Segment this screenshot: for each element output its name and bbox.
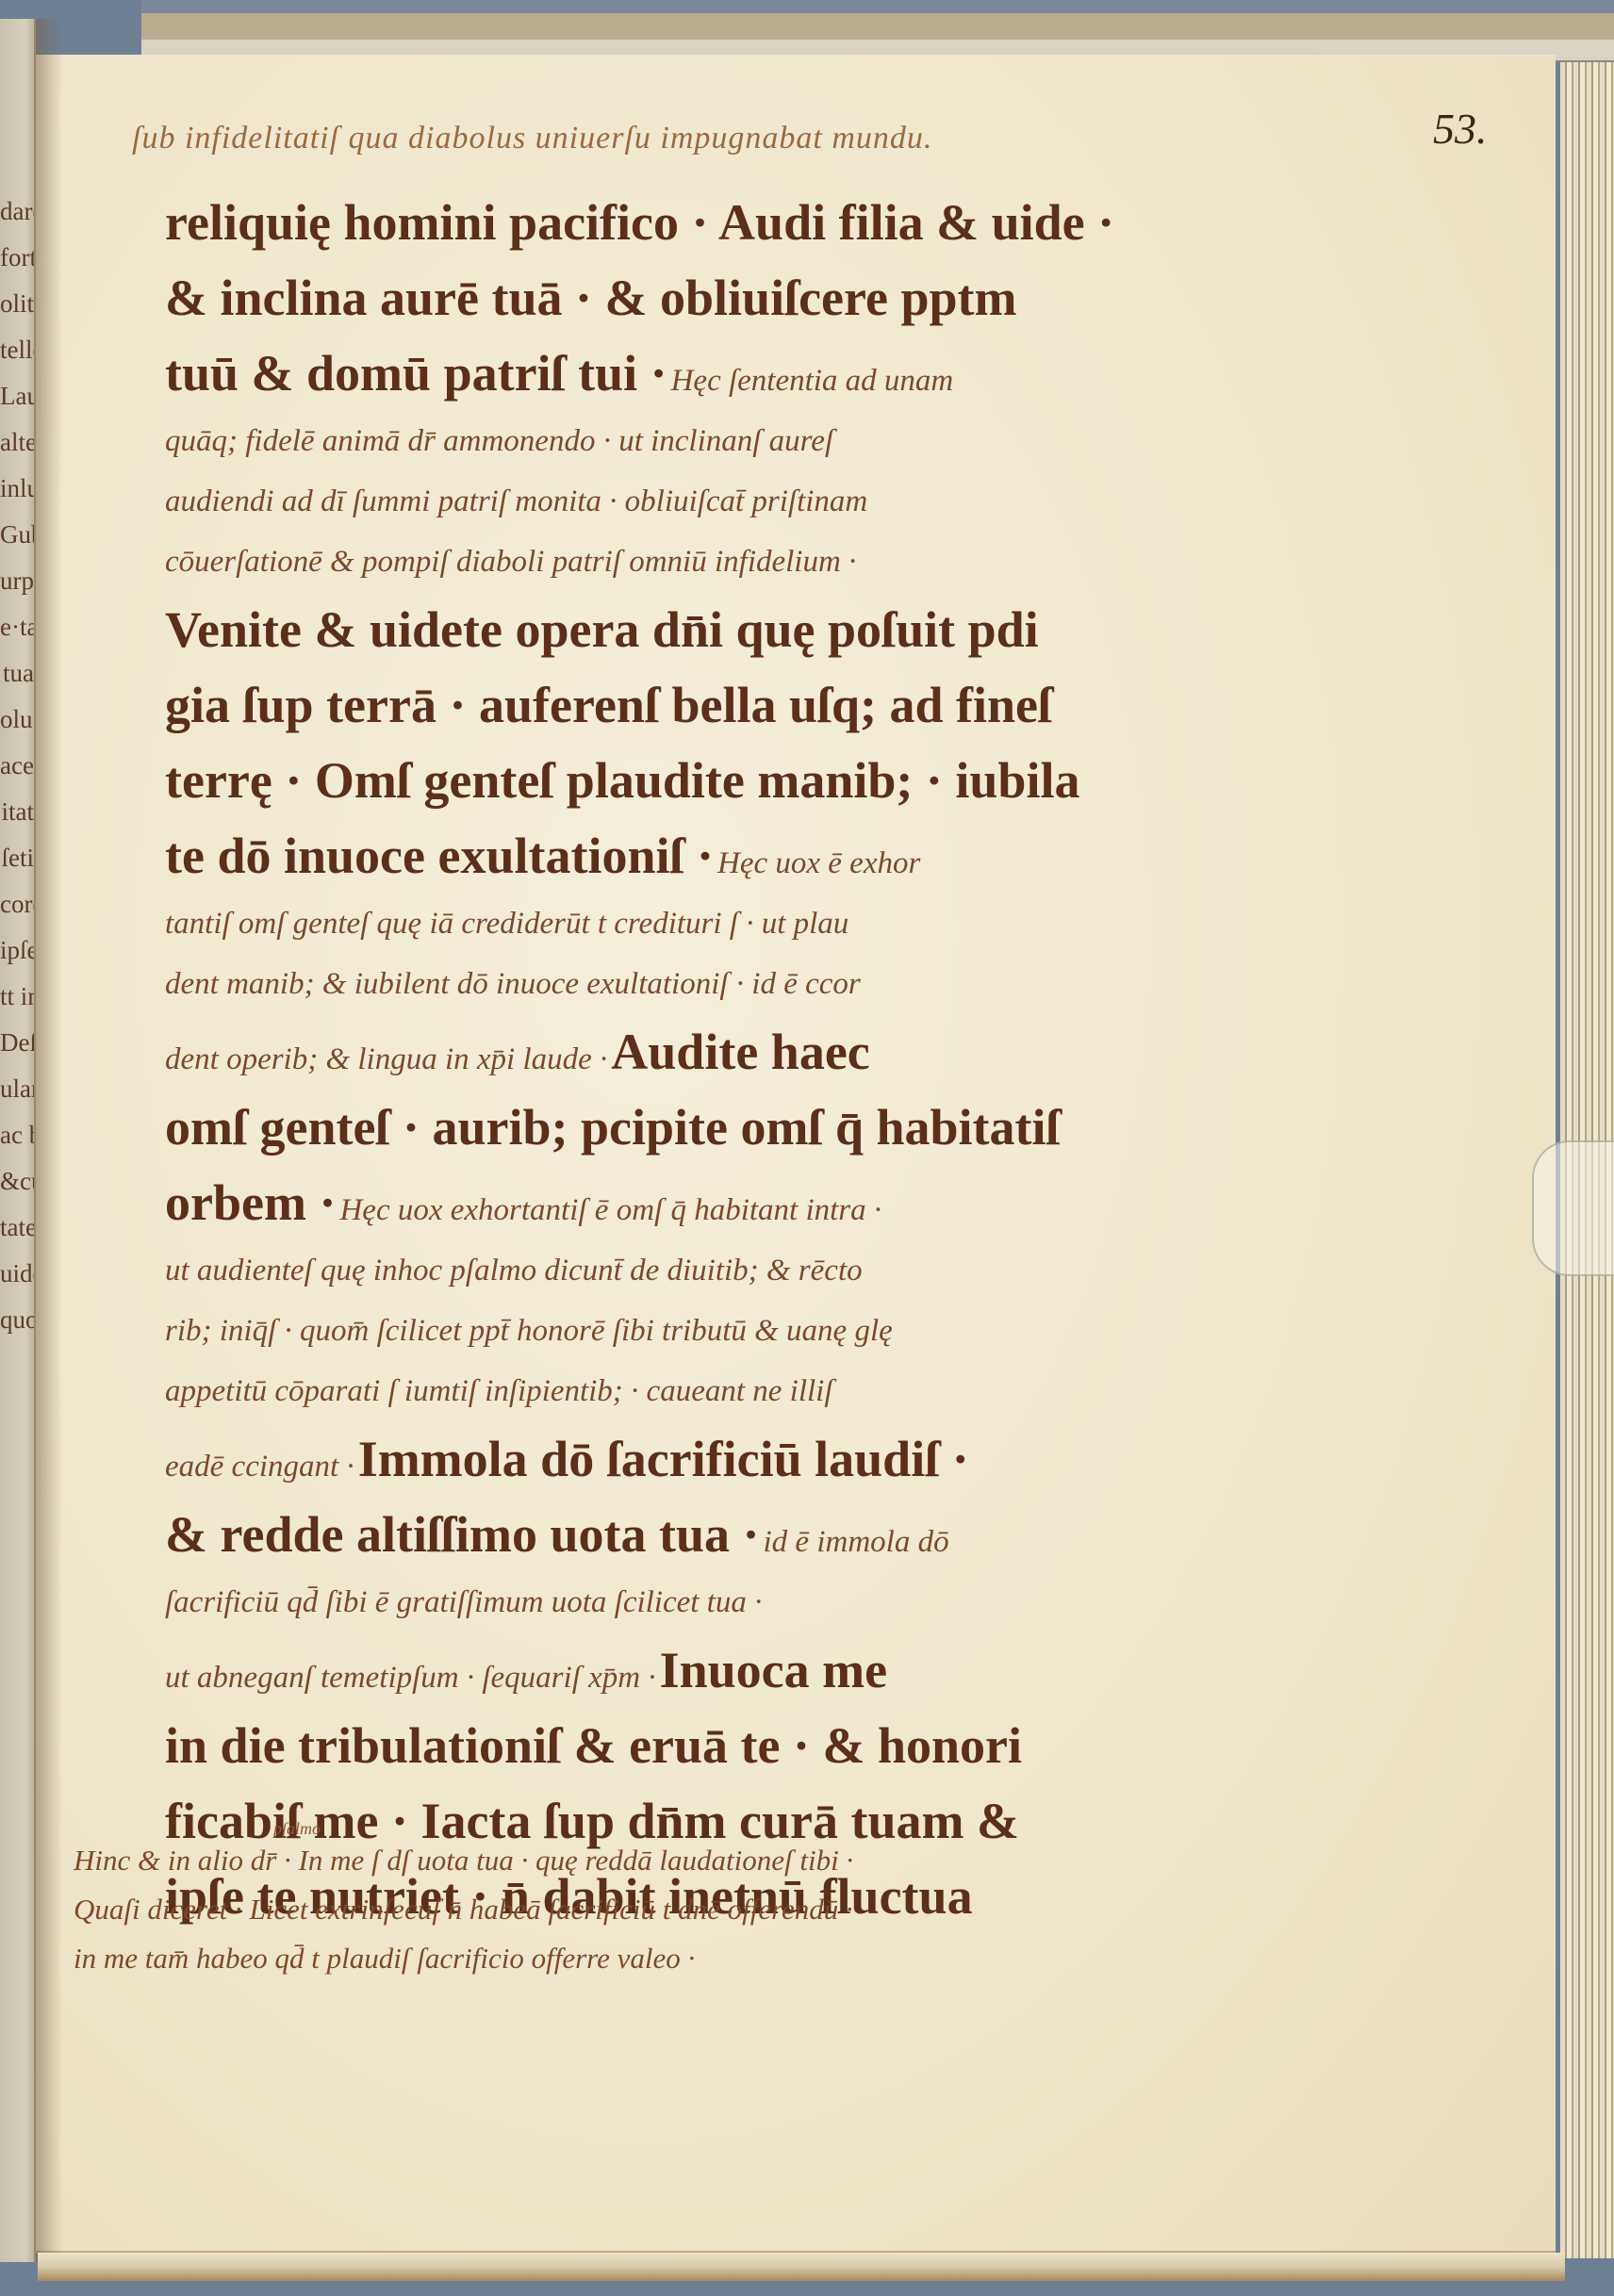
page-clip [1532, 1140, 1614, 1276]
text-line: Venite & uidete opera dn̄i quę poſuit pd… [165, 592, 1268, 667]
psalm-text: te dō inuoce exultationiſ · [165, 828, 714, 884]
text-line: orbem · Hęc uox exhortantiſ ē omſ q̄ hab… [165, 1165, 1268, 1240]
psalm-text: Audite haec [611, 1024, 869, 1080]
left-page-text-fragments: darefortiolitetellecLaudalteninluGuburpe… [0, 189, 34, 1343]
left-fragment: ac bon [0, 1112, 34, 1158]
left-fragment: dare [0, 189, 34, 235]
psalm-text: Immola dō ſacrificiū laudiſ · [358, 1431, 969, 1487]
commentary-text: id ē immola dō [764, 1525, 949, 1559]
text-line: & redde altiſſimo uota tua · id ē immola… [165, 1497, 1268, 1572]
text-line: ut abneganſ temetipſum · ſequariſ xp̄m ·… [165, 1632, 1268, 1708]
left-fragment: olite [0, 281, 34, 327]
text-line: appetitū cōparati ſ iumtiſ inſipientib; … [165, 1361, 1268, 1421]
left-fragment: Deſi [0, 1020, 34, 1066]
psalm-text: Inuoca me [660, 1642, 888, 1698]
left-fragment: quos [0, 1297, 34, 1343]
text-line: cōuerſationē & pompiſ diaboli patriſ omn… [165, 532, 1268, 592]
text-line: rib; iniq̄ſ · quom̄ ſcilicet ppt̄ honorē… [165, 1301, 1268, 1361]
left-fragment: tate [0, 1205, 34, 1251]
left-fragment: alten [0, 419, 34, 466]
commentary-text: eadē ccingant · [165, 1450, 354, 1484]
commentary-text: ut abneganſ temetipſum · ſequariſ xp̄m · [165, 1661, 656, 1695]
left-fragment: uidel [0, 1251, 34, 1297]
gutter-shadow [34, 19, 62, 2262]
commentary-text: Hęc uox exhortantiſ ē omſ q̄ habitant in… [339, 1193, 881, 1227]
book-top-edge [141, 0, 1614, 62]
left-fragment: &cuſ [0, 1158, 34, 1205]
left-fragment: ulari [0, 1066, 34, 1112]
text-line: quāq; fidelē animā dr̄ ammonendo · ut in… [165, 411, 1268, 471]
commentary-text: Hęc ſententia ad unam [671, 364, 954, 398]
text-line: dent operib; & lingua in xp̄i laude · Au… [165, 1014, 1268, 1090]
left-fragment: tt inu [0, 974, 34, 1020]
gloss-line: in me tam̄ habeo qd̄ t plaudiſ ſacrifici… [74, 1934, 1252, 1983]
gloss-line: Hinc & in alio dr̄ · In me ſ dſ uota tua… [74, 1836, 1252, 1885]
text-line: audiendi ad dī ſummi patriſ monita · obl… [165, 471, 1268, 532]
left-fragment: Laud [0, 373, 34, 419]
text-line: tuū & domū patriſ tui · Hęc ſententia ad… [165, 336, 1268, 411]
psalm-text: tuū & domū patriſ tui · [165, 345, 667, 402]
main-text-block: reliquię homini pacifico · Audi filia & … [165, 185, 1268, 1934]
text-line: in die tribulationiſ & eruā te · & honor… [165, 1708, 1268, 1783]
text-line: terrę · Omſ genteſ plaudite manib; · iub… [165, 743, 1268, 818]
left-fragment: ſeti [0, 835, 34, 881]
left-fragment: olu·h [0, 697, 34, 743]
left-fragment: e·tan [0, 604, 34, 650]
left-fragment: cordi [0, 881, 34, 927]
commentary-text: Hęc uox ē exhor [717, 846, 920, 880]
commentary-text: dent operib; & lingua in xp̄i laude · [165, 1042, 607, 1076]
left-fragment: Gub [0, 512, 34, 558]
psalm-text: & redde altiſſimo uota tua · [165, 1506, 760, 1563]
folio-number: 53. [1433, 104, 1488, 154]
text-line: ut audienteſ quę inhoc pſalmo dicunt̄ de… [165, 1240, 1268, 1301]
text-line: dent manib; & iubilent dō inuoce exultat… [165, 954, 1268, 1014]
left-fragment: tellec [0, 327, 34, 373]
text-line: omſ genteſ · aurib; pcipite omſ q̄ habit… [165, 1090, 1268, 1165]
left-fragment: forti [0, 235, 34, 281]
left-fragment: tua [0, 650, 34, 697]
text-line: gia ſup terrā · auferenſ bella uſq; ad f… [165, 667, 1268, 743]
text-line: tantiſ omſ genteſ quę iā crediderūt t cr… [165, 894, 1268, 954]
left-fragment: ipſe [0, 927, 34, 974]
left-fragment: urp [0, 558, 34, 604]
left-fragment: inlu [0, 466, 34, 512]
left-fragment: ace [0, 743, 34, 789]
bottom-marginal-gloss: Hinc & in alio dr̄ · In me ſ dſ uota tua… [74, 1836, 1252, 1983]
text-line: reliquię homini pacifico · Audi filia & … [165, 185, 1268, 260]
page-stack-bottom [38, 2253, 1565, 2281]
top-marginal-gloss: ſub infidelitatiſ qua diabolus uniuerſu … [132, 121, 932, 156]
left-fragment: itat [0, 789, 34, 835]
text-line: eadē ccingant · Immola dō ſacrificiū lau… [165, 1421, 1268, 1497]
text-line: ſacrificiū qd̄ ſibi ē gratiſſimum uota ſ… [165, 1572, 1268, 1632]
text-line: te dō inuoce exultationiſ · Hęc uox ē ex… [165, 818, 1268, 894]
gloss-line: Quaſi diceret · Licet extrinſecuſ n̄ hab… [74, 1885, 1252, 1934]
psalm-text: orbem · [165, 1174, 336, 1231]
text-line: & inclina aurē tuā · & obliuiſcere pptm [165, 260, 1268, 336]
